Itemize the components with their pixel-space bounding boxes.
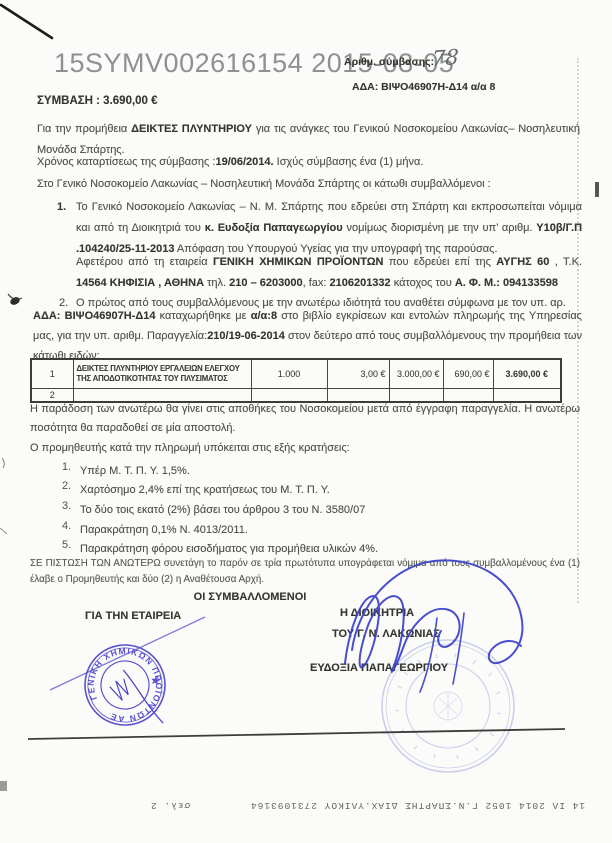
text-segment: ΔΕΙΚΤΕΣ ΠΛΥΝΤΗΡΙΟΥ	[131, 123, 252, 135]
text-segment: 210 – 6203000	[229, 277, 302, 289]
administrator-name: ΕΥΔΟΞΙΑ ΠΑΠΑΓΕΩΡΓΙΟΥ	[310, 662, 448, 674]
administrator-title: Η ΔΙΟΙΚΗΤΡΙΑ	[340, 607, 414, 619]
paragraph-deductions-intro: Ο προμηθευτής κατά την πληρωμή υπόκειται…	[30, 438, 580, 459]
stamp-inner-signature	[109, 677, 133, 702]
deduction-item: Το δύο τοις εκατό (2%) βάσει του άρθρου …	[80, 500, 560, 521]
text-segment: Αφετέρου από τη εταιρεία	[76, 256, 213, 268]
paragraph-delivery: Η παράδοση των ανωτέρω θα γίνει στις απο…	[30, 400, 580, 438]
bottom-scan-line	[28, 729, 565, 739]
edge-tick-artifact	[595, 182, 599, 197]
contract-number-label: Αριθμ. σύμβασης:	[344, 56, 434, 68]
company-stamp: ΓΕΝΙΚΗ ΧΗΜΙΚΩΝ ΠΡΟΪΟΝΤΩΝ ΑΕ	[70, 630, 185, 750]
ada-reference: ΑΔΑ: ΒΙΨΟ46907Η-Δ14 α/α 8	[352, 81, 495, 93]
table-row: 1 ΔΕΙΚΤΕΣ ΠΛΥΝΤΗΡΙΟΥ ΕΡΓΑΛΕΙΩΝ ΕΛΕΓΧΟΥ Τ…	[31, 359, 561, 388]
text-segment: καταχωρήθηκε με	[155, 310, 250, 322]
paragraph-closing: ΣΕ ΠΙΣΤΩΣΗ ΤΩΝ ΑΝΩΤΕΡΩ συνετάγη το παρόν…	[30, 556, 580, 587]
deduction-item: Παρακράτηση 0,1% Ν. 4013/2011.	[80, 520, 560, 541]
deduction-item: Υπέρ Μ. Τ. Π. Υ. 1,5%.	[80, 461, 560, 482]
cell-unit-price: 3,00 €	[327, 359, 389, 388]
stamp-inner-signature	[123, 666, 163, 727]
text-segment: α/α:8	[251, 310, 277, 322]
text-segment: νομίμως διορισμένη με την υπ’ αριθμ.	[343, 222, 537, 234]
stamp-star-icon	[151, 676, 161, 686]
scanned-contract-page: 15SYMV002616154 2015-03-05 Αριθμ. σύμβασ…	[0, 0, 612, 843]
list-number: 1.	[57, 197, 66, 218]
text-segment: κ. Ευδοξία Παπαγεωργίου	[205, 222, 343, 234]
signatures-heading: ΟΙ ΣΥΜΒΑΛΛΟΜΕΝΟΙ	[150, 591, 350, 603]
list-number: 1.	[62, 461, 71, 473]
corner-scan-artifact	[1, 5, 52, 38]
company-stamp-circular-text: ΓΕΝΙΚΗ ΧΗΜΙΚΩΝ ΠΡΟΪΟΝΤΩΝ ΑΕ	[72, 632, 179, 739]
paragraph-ada-order: ΑΔΑ: ΒΙΨΟ46907Η-Δ14 καταχωρήθηκε με α/α:…	[33, 306, 582, 366]
text-segment: τηλ.	[204, 277, 229, 289]
hospital-title: ΤΟΥ Γ. Ν. ΛΑΚΩΝΙΑΣ	[332, 628, 440, 640]
paragraph-company-party: Αφετέρου από τη εταιρεία ΓΕΝΙΚΗ ΧΗΜΙΚΩΝ …	[76, 252, 582, 294]
text-segment: Για την προμήθεια	[37, 123, 131, 135]
text-segment: , fax:	[303, 277, 330, 289]
cell-quantity: 1.000	[251, 359, 327, 388]
text-segment: κάτοχος του	[391, 277, 455, 289]
text-segment: , Τ.Κ.	[549, 256, 582, 268]
text-segment: 19/06/2014.	[215, 156, 273, 168]
text-segment: που εδρεύει επί της	[384, 256, 497, 268]
text-segment: 210/19-06-2014	[207, 330, 285, 342]
cell-vat: 690,00 €	[443, 359, 493, 388]
fax-page-label: σελ. 2	[150, 800, 190, 811]
paragraph-hospital-party: Το Γενικό Νοσοκομείο Λακωνίας – Ν. Μ. Σπ…	[76, 197, 582, 260]
deduction-item: Χαρτόσημο 2,4% επί της κρατήσεως του Μ. …	[80, 480, 560, 501]
company-signature-line	[50, 617, 205, 690]
paragraph-duration: Χρόνος καταρτίσεως της σύμβασης :19/06/2…	[37, 152, 580, 173]
list-number: 2.	[62, 480, 71, 492]
cell-total: 3.690,00 €	[493, 359, 561, 388]
list-number: 4.	[62, 520, 71, 532]
text-segment: 14564 ΚΗΦΙΣΙΑ , ΑΘΗΝΑ	[76, 277, 204, 289]
company-signature-label: ΓΙΑ ΤΗΝ ΕΤΑΙΡΕΙΑ	[85, 610, 181, 622]
text-segment: 2106201332	[329, 277, 390, 289]
list-number: 5.	[62, 539, 71, 551]
fax-header-line: 14 ΙΛ 2014 1052 Γ.Ν.ΣΠΑΡΤΗΣ ΔΙΑΧ.ΥΛΙΚΟΥ …	[250, 800, 585, 811]
text-segment: ΓΕΝΙΚΗ ΧΗΜΙΚΩΝ ΠΡΟΪΟΝΤΩΝ	[213, 256, 384, 268]
contract-number-handwritten: 78	[432, 45, 460, 71]
text-segment: ΑΔΑ: ΒΙΨΟ46907Η-Δ14	[33, 310, 155, 322]
text-segment: Ισχύς σύμβασης ένα (1) μήνα.	[274, 156, 424, 168]
list-number: 3.	[62, 500, 71, 512]
cell-description: ΔΕΙΚΤΕΣ ΠΛΥΝΤΗΡΙΟΥ ΕΡΓΑΛΕΙΩΝ ΕΛΕΓΧΟΥ ΤΗΣ…	[73, 359, 251, 388]
cell-no: 1	[31, 359, 73, 388]
cell-net-value: 3.000,00 €	[389, 359, 443, 388]
contract-amount-heading: ΣΥΜΒΑΣΗ : 3.690,00 €	[37, 95, 158, 107]
items-table: 1 ΔΕΙΚΤΕΣ ΠΛΥΝΤΗΡΙΟΥ ΕΡΓΑΛΕΙΩΝ ΕΛΕΓΧΟΥ Τ…	[30, 358, 562, 403]
text-segment: Α. Φ. Μ.: 094133598	[455, 277, 558, 289]
paragraph-parties-intro: Στο Γενικό Νοσοκομείο Λακωνίας – Νοσηλευ…	[37, 174, 580, 195]
margin-scribble	[0, 294, 22, 791]
text-segment: ΑΥΓΗΣ 60	[496, 256, 549, 268]
text-segment: Χρόνος καταρτίσεως της σύμβασης :	[37, 156, 215, 168]
